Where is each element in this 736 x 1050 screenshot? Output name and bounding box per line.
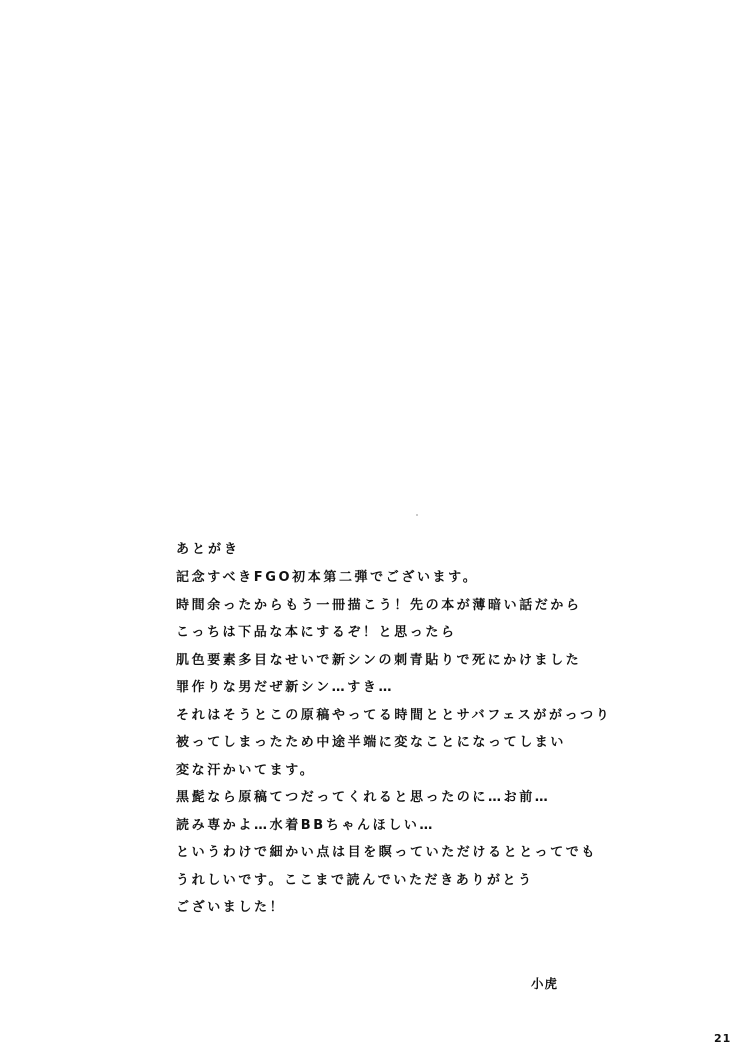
- body-line: 罪作りな男だぜ新シン…すき…: [176, 679, 611, 697]
- body-line: 被ってしまったため中途半端に変なことになってしまい: [176, 734, 611, 752]
- body-line: というわけで細かい点は目を瞑っていただけるととってでも: [176, 844, 611, 862]
- manga-afterword-page: あとがき 記念すべきFGO初本第二弾でございます。 時間余ったからもう一冊描こう…: [0, 0, 736, 1050]
- body-line: 肌色要素多目なせいで新シンの刺青貼りで死にかけました: [176, 652, 611, 670]
- body-line: 時間余ったからもう一冊描こう！先の本が薄暗い話だから: [176, 597, 611, 615]
- page-number: 21: [714, 1032, 731, 1045]
- body-line: うれしいです。ここまで読んでいただきありがとう: [176, 872, 611, 890]
- body-line: こっちは下品な本にするぞ！と思ったら: [176, 624, 611, 642]
- body-line: それはそうとこの原稿やってる時間ととサバフェスががっつり: [176, 707, 611, 725]
- body-line: 記念すべきFGO初本第二弾でございます。: [176, 569, 611, 587]
- author-signature: 小虎: [531, 974, 558, 992]
- body-line: 変な汗かいてます。: [176, 762, 611, 780]
- body-line: 黒髭なら原稿てつだってくれると思ったのに…お前…: [176, 789, 611, 807]
- body-line: ございました！: [176, 899, 611, 917]
- afterword-body: 記念すべきFGO初本第二弾でございます。 時間余ったからもう一冊描こう！先の本が…: [176, 569, 611, 927]
- scan-speck: [416, 514, 418, 516]
- afterword-heading: あとがき: [176, 541, 240, 559]
- body-line: 読み専かよ…水着BBちゃんほしい…: [176, 817, 611, 835]
